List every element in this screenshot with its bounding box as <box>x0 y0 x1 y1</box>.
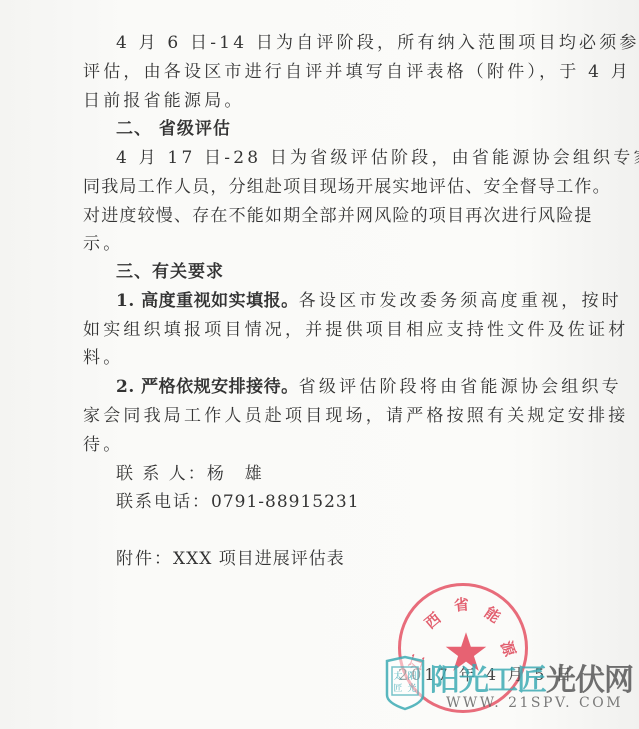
seal-char-2: 西 <box>420 608 445 634</box>
svg-text:匠: 匠 <box>393 683 402 694</box>
watermark-title-gray: 光伏网 <box>546 663 633 698</box>
requirement-2-line-1: 2. 严格依规安排接待。省级评估阶段将由省能源协会组织专 <box>116 376 622 398</box>
requirement-2-rest: 省级评估阶段将由省能源协会组织专 <box>299 377 622 397</box>
svg-text:太: 太 <box>393 670 402 682</box>
section-2-line-1: 4 月 17 日-28 日为省级评估阶段，由省能源协会组织专家会 <box>116 147 639 169</box>
requirement-1-lead: 1. 高度重视如实填报。 <box>116 291 299 311</box>
section-2-line-2: 同我局工作人员，分组赴项目现场开展实地评估、安全督导工作。 <box>83 176 611 198</box>
site-watermark: 太 阳 匠 光 阳光工匠光伏网 WWW. 21SPV. COM <box>384 655 634 725</box>
seal-char-4: 能 <box>480 602 504 628</box>
requirement-1-line-2: 如实组织填报项目情况，并提供项目相应支持性文件及佐证材 <box>83 319 628 341</box>
watermark-title-teal: 阳光工匠 <box>430 663 546 698</box>
self-eval-line-1: 4 月 6 日-14 日为自评阶段，所有纳入范围项目均必须参与 <box>116 32 639 54</box>
svg-text:光: 光 <box>407 682 416 694</box>
document-page: 4 月 6 日-14 日为自评阶段，所有纳入范围项目均必须参与 评估，由各设区市… <box>0 0 639 729</box>
self-eval-line-3: 日前报省能源局。 <box>83 90 245 112</box>
attachment-line: 附件：XXX 项目进展评估表 <box>116 548 345 570</box>
contact-person-label: 联 系 人： <box>116 464 207 484</box>
requirement-1-line-1: 1. 高度重视如实填报。各设区市发改委务须高度重视，按时 <box>116 290 622 312</box>
watermark-title: 阳光工匠光伏网 <box>430 655 633 699</box>
svg-text:阳: 阳 <box>407 671 416 682</box>
requirement-2-line-3: 待。 <box>83 434 123 456</box>
section-2-line-3: 对进度较慢、存在不能如期全部并网风险的项目再次进行风险提 <box>83 205 593 227</box>
attachment-value: XXX 项目进展评估表 <box>173 549 345 569</box>
requirement-1-rest: 各设区市发改委务须高度重视，按时 <box>299 291 622 311</box>
requirement-2-lead: 2. 严格依规安排接待。 <box>116 377 299 397</box>
attachment-label: 附件： <box>116 549 173 569</box>
contact-person: 联 系 人：杨 雄 <box>116 463 264 485</box>
contact-phone: 联系电话：0791-88915231 <box>116 491 360 513</box>
contact-phone-label: 联系电话： <box>116 492 211 512</box>
requirement-2-line-2: 家会同我局工作人员赴项目现场，请严格按照有关规定安排接 <box>83 405 628 427</box>
contact-phone-value: 0791-88915231 <box>211 492 360 512</box>
contact-person-name: 杨 雄 <box>207 464 264 484</box>
requirement-1-line-3: 料。 <box>83 347 123 369</box>
seal-char-3: 省 <box>453 593 470 615</box>
section-2-heading: 二、 省级评估 <box>116 118 231 140</box>
watermark-url: WWW. 21SPV. COM <box>446 695 623 711</box>
section-2-line-4: 示。 <box>83 233 123 255</box>
self-eval-line-2: 评估，由各设区市进行自评并填写自评表格（附件），于 4 月 14 <box>83 61 639 83</box>
section-3-heading: 三、有关要求 <box>116 261 224 283</box>
shield-logo-icon: 太 阳 匠 光 <box>384 655 426 711</box>
